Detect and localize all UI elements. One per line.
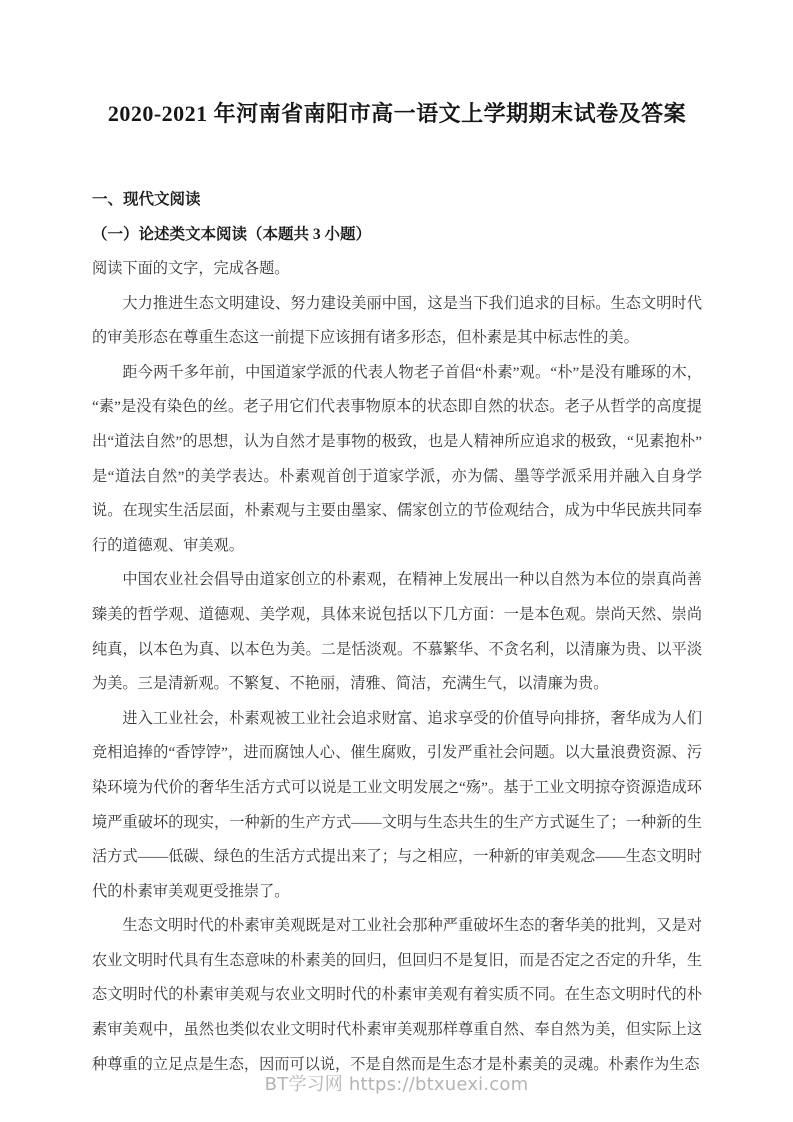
watermark-text: BT学习网 https://btxuexi.com <box>265 1074 529 1095</box>
subsection-heading-argumentative-text: （一）论述类文本阅读（本题共 3 小题） <box>92 217 702 252</box>
section-heading-modern-text-reading: 一、现代文阅读 <box>92 182 702 217</box>
exam-document-page: 2020-2021 年河南省南阳市高一语文上学期期末试卷及答案 一、现代文阅读 … <box>0 0 793 1122</box>
watermark-footer: BT学习网 https://btxuexi.com <box>0 1074 793 1096</box>
passage-paragraph: 中国农业社会倡导由道家创立的朴素观，在精神上发展出一种以自然为本位的崇真尚善臻美… <box>92 563 702 701</box>
document-content: 2020-2021 年河南省南阳市高一语文上学期期末试卷及答案 一、现代文阅读 … <box>92 0 702 1082</box>
passage-body: 大力推进生态文明建设、努力建设美丽中国，这是当下我们追求的目标。生态文明时代的审… <box>92 287 702 1083</box>
document-title: 2020-2021 年河南省南阳市高一语文上学期期末试卷及答案 <box>92 0 702 130</box>
passage-paragraph: 距今两千多年前，中国道家学派的代表人物老子首倡“朴素”观。“朴”是没有雕琢的木，… <box>92 356 702 564</box>
passage-paragraph: 生态文明时代的朴素审美观既是对工业社会那种严重破坏生态的奢华美的批判，又是对农业… <box>92 909 702 1082</box>
passage-paragraph: 大力推进生态文明建设、努力建设美丽中国，这是当下我们追求的目标。生态文明时代的审… <box>92 287 702 356</box>
passage-paragraph: 进入工业社会，朴素观被工业社会追求财富、追求享受的价值导向排挤，奢华成为人们竞相… <box>92 702 702 910</box>
reading-instruction: 阅读下面的文字，完成各题。 <box>92 252 702 287</box>
